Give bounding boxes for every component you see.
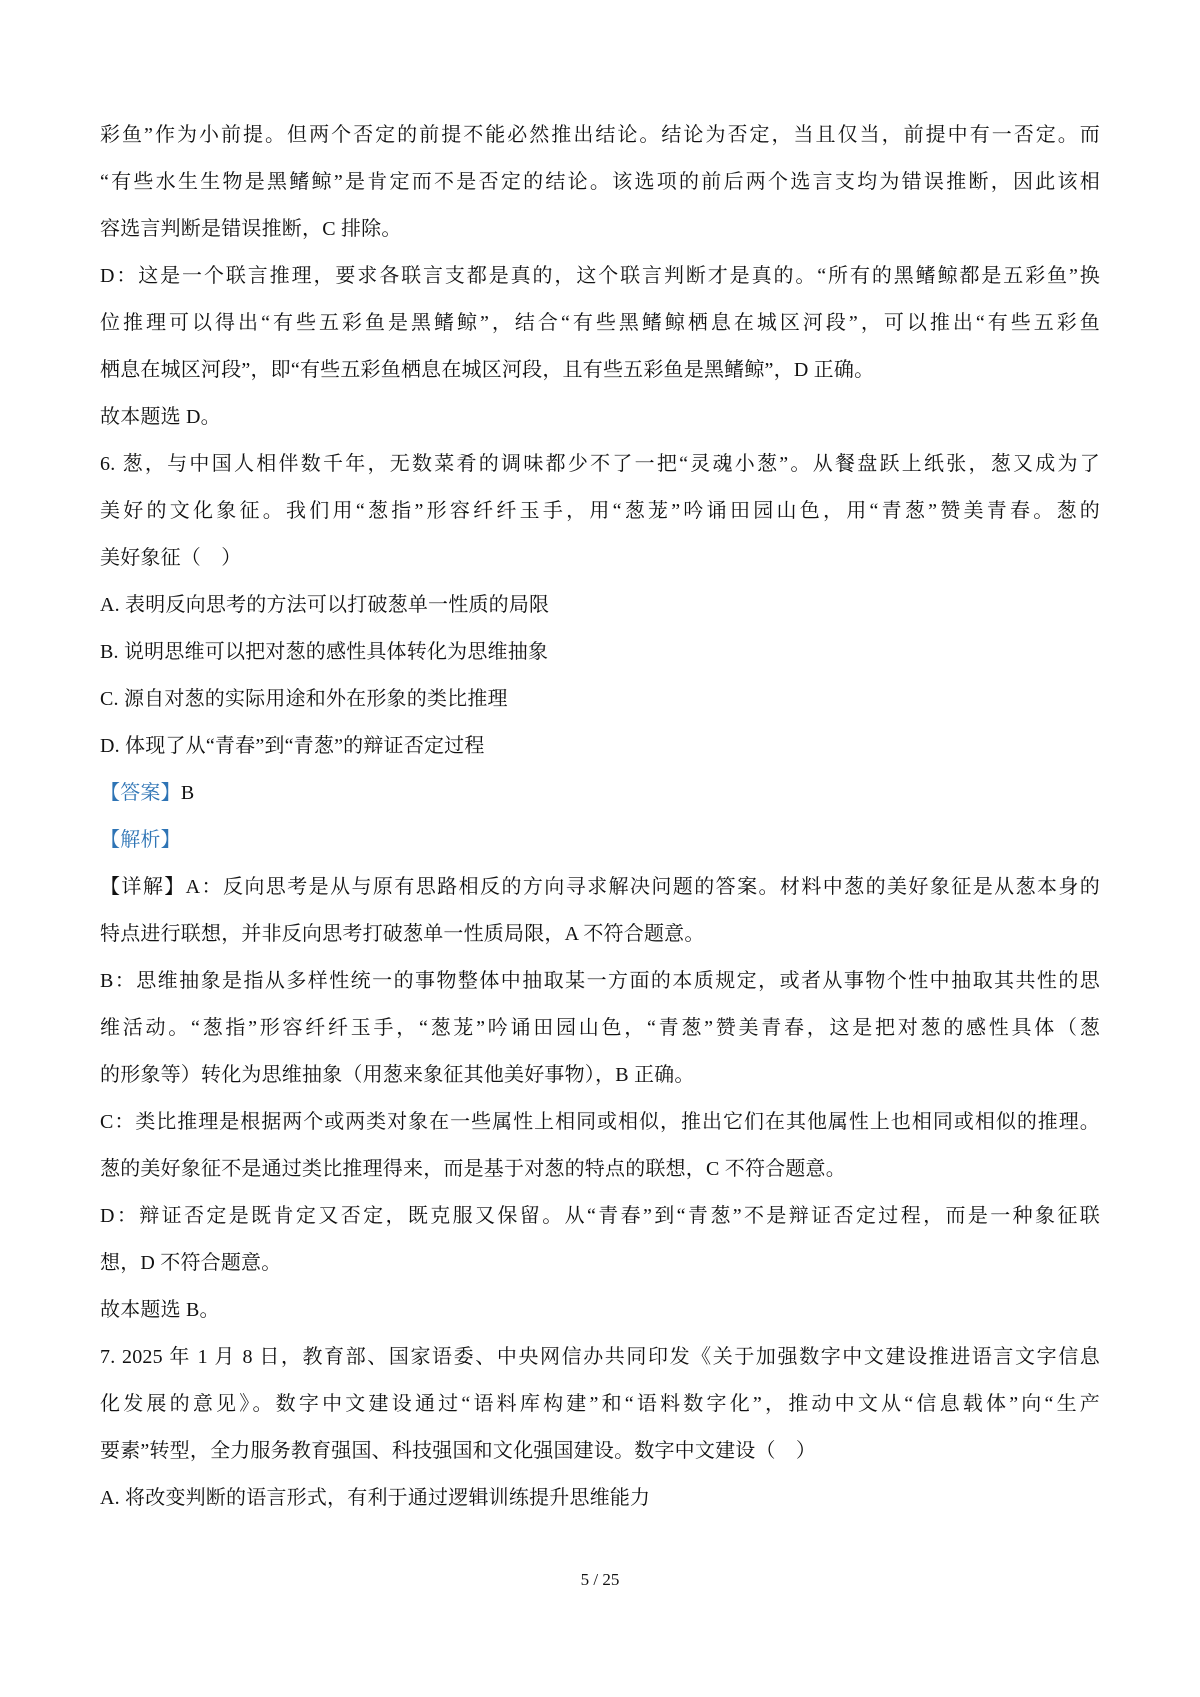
answer-line: 【答案】B [100, 770, 1100, 817]
explanation-line: 葱的美好象征不是通过类比推理得来，而是基于对葱的特点的联想，C 不符合题意。 [100, 1146, 1100, 1193]
question-7-stem-line: 要素”转型，全力服务教育强国、科技强国和文化强国建设。数字中文建设（ ） [100, 1428, 1100, 1475]
option-b: B. 说明思维可以把对葱的感性具体转化为思维抽象 [100, 629, 1100, 676]
explanation-line: 特点进行联想，并非反向思考打破葱单一性质局限，A 不符合题意。 [100, 911, 1100, 958]
question-6-stem-line: 美好象征（ ） [100, 535, 1100, 582]
text-line: 容选言判断是错误推断，C 排除。 [100, 206, 1100, 253]
text-line: “有些水生生物是黑鳍鲸”是肯定而不是否定的结论。该选项的前后两个选言支均为错误推… [100, 159, 1100, 206]
page-number: 5 / 25 [0, 1568, 1200, 1592]
text-line: 位推理可以得出“有些五彩鱼是黑鳍鲸”，结合“有些黑鳍鲸栖息在城区河段”，可以推出… [100, 300, 1100, 347]
text-line: 彩鱼”作为小前提。但两个否定的前提不能必然推出结论。结论为否定，当且仅当，前提中… [100, 112, 1100, 159]
analysis-label: 【解析】 [100, 829, 181, 851]
explanation-line: C：类比推理是根据两个或两类对象在一些属性上相同或相似，推出它们在其他属性上也相… [100, 1099, 1100, 1146]
explanation-line: 维活动。“葱指”形容纤纤玉手，“葱茏”吟诵田园山色，“青葱”赞美青春，这是把对葱… [100, 1005, 1100, 1052]
option-c: C. 源自对葱的实际用途和外在形象的类比推理 [100, 676, 1100, 723]
question-7-stem-line: 7. 2025 年 1 月 8 日，教育部、国家语委、中央网信办共同印发《关于加… [100, 1334, 1100, 1381]
explanation-line: B：思维抽象是指从多样性统一的事物整体中抽取某一方面的本质规定，或者从事物个性中… [100, 958, 1100, 1005]
answer-label: 【答案】 [100, 782, 181, 804]
question-6-stem-line: 美好的文化象征。我们用“葱指”形容纤纤玉手，用“葱茏”吟诵田园山色，用“青葱”赞… [100, 488, 1100, 535]
document-page-body: 彩鱼”作为小前提。但两个否定的前提不能必然推出结论。结论为否定，当且仅当，前提中… [100, 112, 1100, 1522]
text-line: D：这是一个联言推理，要求各联言支都是真的，这个联言判断才是真的。“所有的黑鳍鲸… [100, 253, 1100, 300]
option-d: D. 体现了从“青春”到“青葱”的辩证否定过程 [100, 723, 1100, 770]
analysis-line: 【解析】 [100, 817, 1100, 864]
conclusion-line: 故本题选 D。 [100, 394, 1100, 441]
question-7-stem-line: 化发展的意见》。数字中文建设通过“语料库构建”和“语料数字化”，推动中文从“信息… [100, 1381, 1100, 1428]
text-line: 栖息在城区河段”，即“有些五彩鱼栖息在城区河段，且有些五彩鱼是黑鳍鲸”，D 正确… [100, 347, 1100, 394]
explanation-line: D：辩证否定是既肯定又否定，既克服又保留。从“青春”到“青葱”不是辩证否定过程，… [100, 1193, 1100, 1240]
explanation-line: 的形象等）转化为思维抽象（用葱来象征其他美好事物），B 正确。 [100, 1052, 1100, 1099]
explanation-line: 【详解】A：反向思考是从与原有思路相反的方向寻求解决问题的答案。材料中葱的美好象… [100, 864, 1100, 911]
option-a: A. 将改变判断的语言形式，有利于通过逻辑训练提升思维能力 [100, 1475, 1100, 1522]
answer-value: B [181, 782, 195, 804]
option-a: A. 表明反向思考的方法可以打破葱单一性质的局限 [100, 582, 1100, 629]
question-6-stem-line: 6. 葱，与中国人相伴数千年，无数菜肴的调味都少不了一把“灵魂小葱”。从餐盘跃上… [100, 441, 1100, 488]
explanation-line: 想，D 不符合题意。 [100, 1240, 1100, 1287]
conclusion-line: 故本题选 B。 [100, 1287, 1100, 1334]
